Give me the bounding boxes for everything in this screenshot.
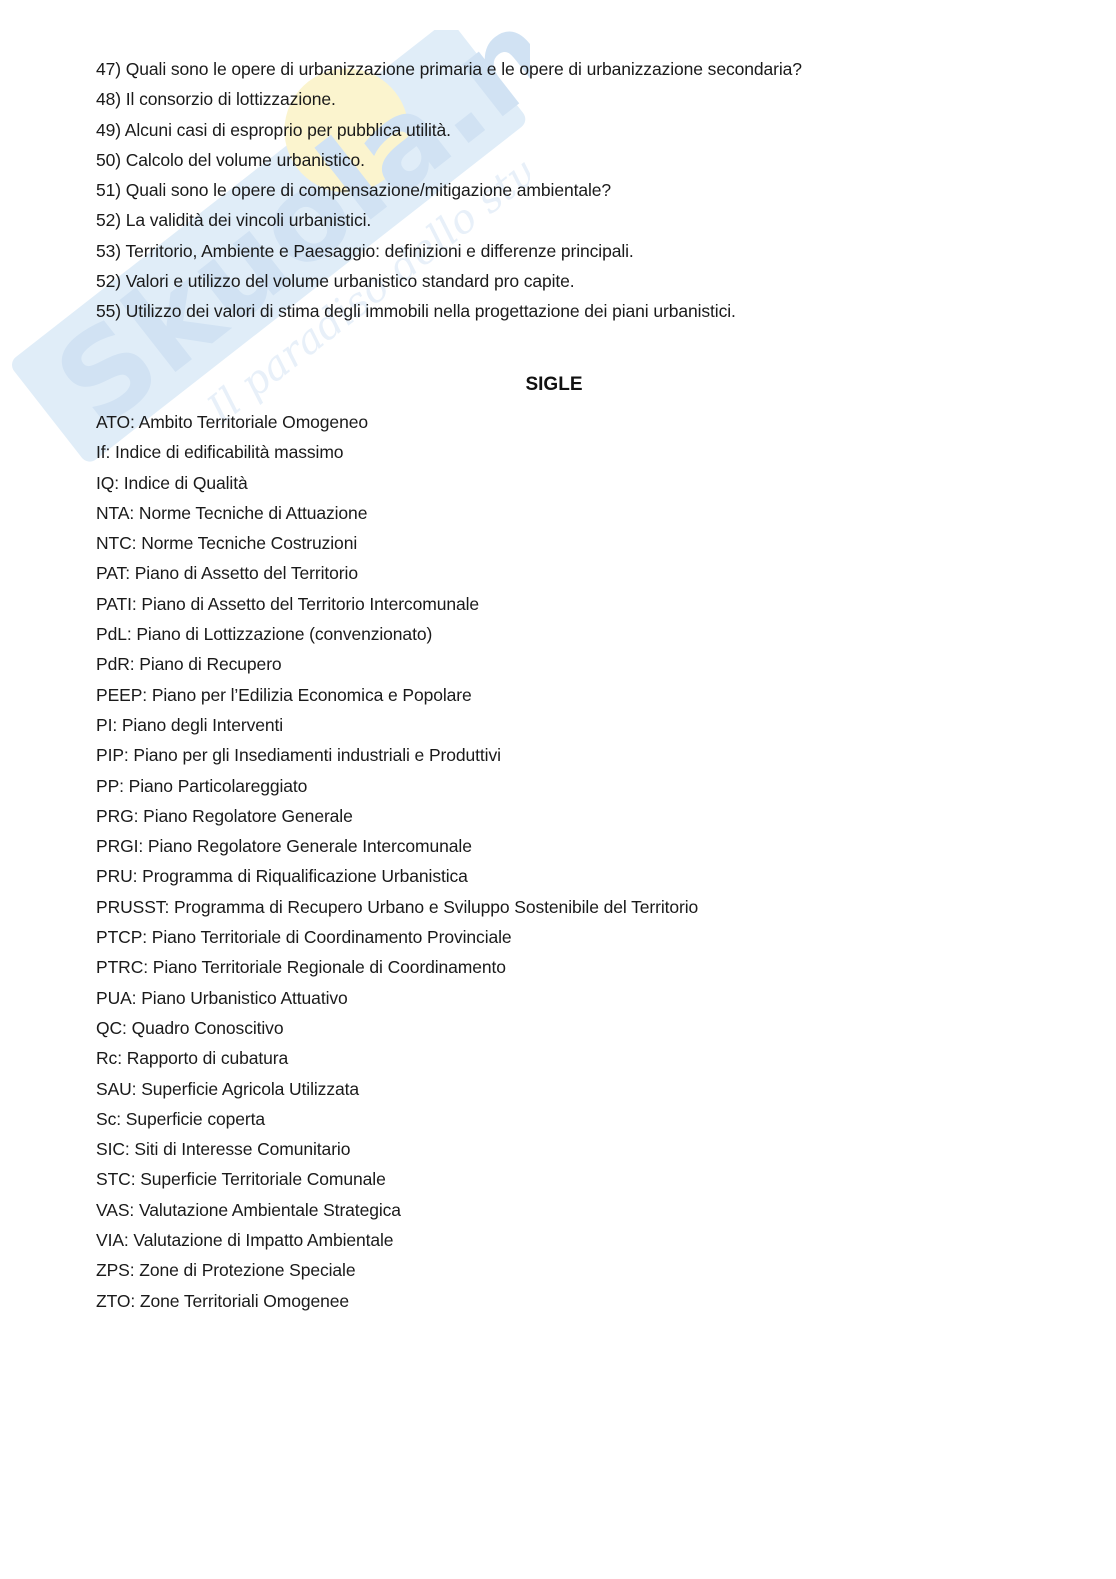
acronym-item: PRG: Piano Regolatore Generale	[96, 801, 698, 831]
acronym-item: IQ: Indice di Qualità	[96, 468, 698, 498]
question-item: 49) Alcuni casi di esproprio per pubblic…	[96, 115, 802, 145]
acronym-item: SAU: Superficie Agricola Utilizzata	[96, 1074, 698, 1104]
acronym-item: VIA: Valutazione di Impatto Ambientale	[96, 1225, 698, 1255]
question-item: 55) Utilizzo dei valori di stima degli i…	[96, 296, 802, 326]
acronym-list: ATO: Ambito Territoriale Omogeneo If: In…	[96, 407, 698, 1316]
question-item: 51) Quali sono le opere di compensazione…	[96, 175, 802, 205]
acronym-item: PIP: Piano per gli Insediamenti industri…	[96, 740, 698, 770]
acronym-item: SIC: Siti di Interesse Comunitario	[96, 1134, 698, 1164]
acronym-item: PRUSST: Programma di Recupero Urbano e S…	[96, 892, 698, 922]
acronym-item: PEEP: Piano per l’Edilizia Economica e P…	[96, 680, 698, 710]
acronym-item: ZPS: Zone di Protezione Speciale	[96, 1255, 698, 1285]
acronym-item: If: Indice di edificabilità massimo	[96, 437, 698, 467]
acronym-item: PdR: Piano di Recupero	[96, 649, 698, 679]
document-page: 47) Quali sono le opere di urbanizzazion…	[0, 0, 1116, 1579]
acronym-item: NTC: Norme Tecniche Costruzioni	[96, 528, 698, 558]
acronym-item: PP: Piano Particolareggiato	[96, 771, 698, 801]
acronym-item: Rc: Rapporto di cubatura	[96, 1043, 698, 1073]
question-list: 47) Quali sono le opere di urbanizzazion…	[96, 54, 802, 327]
acronym-item: NTA: Norme Tecniche di Attuazione	[96, 498, 698, 528]
acronym-item: ATO: Ambito Territoriale Omogeneo	[96, 407, 698, 437]
acronym-item: VAS: Valutazione Ambientale Strategica	[96, 1195, 698, 1225]
acronym-item: PdL: Piano di Lottizzazione (convenziona…	[96, 619, 698, 649]
acronym-item: PTCP: Piano Territoriale di Coordinament…	[96, 922, 698, 952]
acronym-item: QC: Quadro Conoscitivo	[96, 1013, 698, 1043]
acronym-item: PUA: Piano Urbanistico Attuativo	[96, 983, 698, 1013]
question-item: 48) Il consorzio di lottizzazione.	[96, 84, 802, 114]
question-item: 47) Quali sono le opere di urbanizzazion…	[96, 54, 802, 84]
question-item: 52) La validità dei vincoli urbanistici.	[96, 205, 802, 235]
acronym-item: ZTO: Zone Territoriali Omogenee	[96, 1286, 698, 1316]
acronym-item: PRGI: Piano Regolatore Generale Intercom…	[96, 831, 698, 861]
acronym-item: PI: Piano degli Interventi	[96, 710, 698, 740]
question-item: 53) Territorio, Ambiente e Paesaggio: de…	[96, 236, 802, 266]
acronym-item: PTRC: Piano Territoriale Regionale di Co…	[96, 952, 698, 982]
acronym-item: PRU: Programma di Riqualificazione Urban…	[96, 861, 698, 891]
sigle-heading: SIGLE	[0, 372, 1108, 398]
acronym-item: PATI: Piano di Assetto del Territorio In…	[96, 589, 698, 619]
acronym-item: PAT: Piano di Assetto del Territorio	[96, 558, 698, 588]
acronym-item: STC: Superficie Territoriale Comunale	[96, 1164, 698, 1194]
question-item: 50) Calcolo del volume urbanistico.	[96, 145, 802, 175]
question-item: 52) Valori e utilizzo del volume urbanis…	[96, 266, 802, 296]
acronym-item: Sc: Superficie coperta	[96, 1104, 698, 1134]
